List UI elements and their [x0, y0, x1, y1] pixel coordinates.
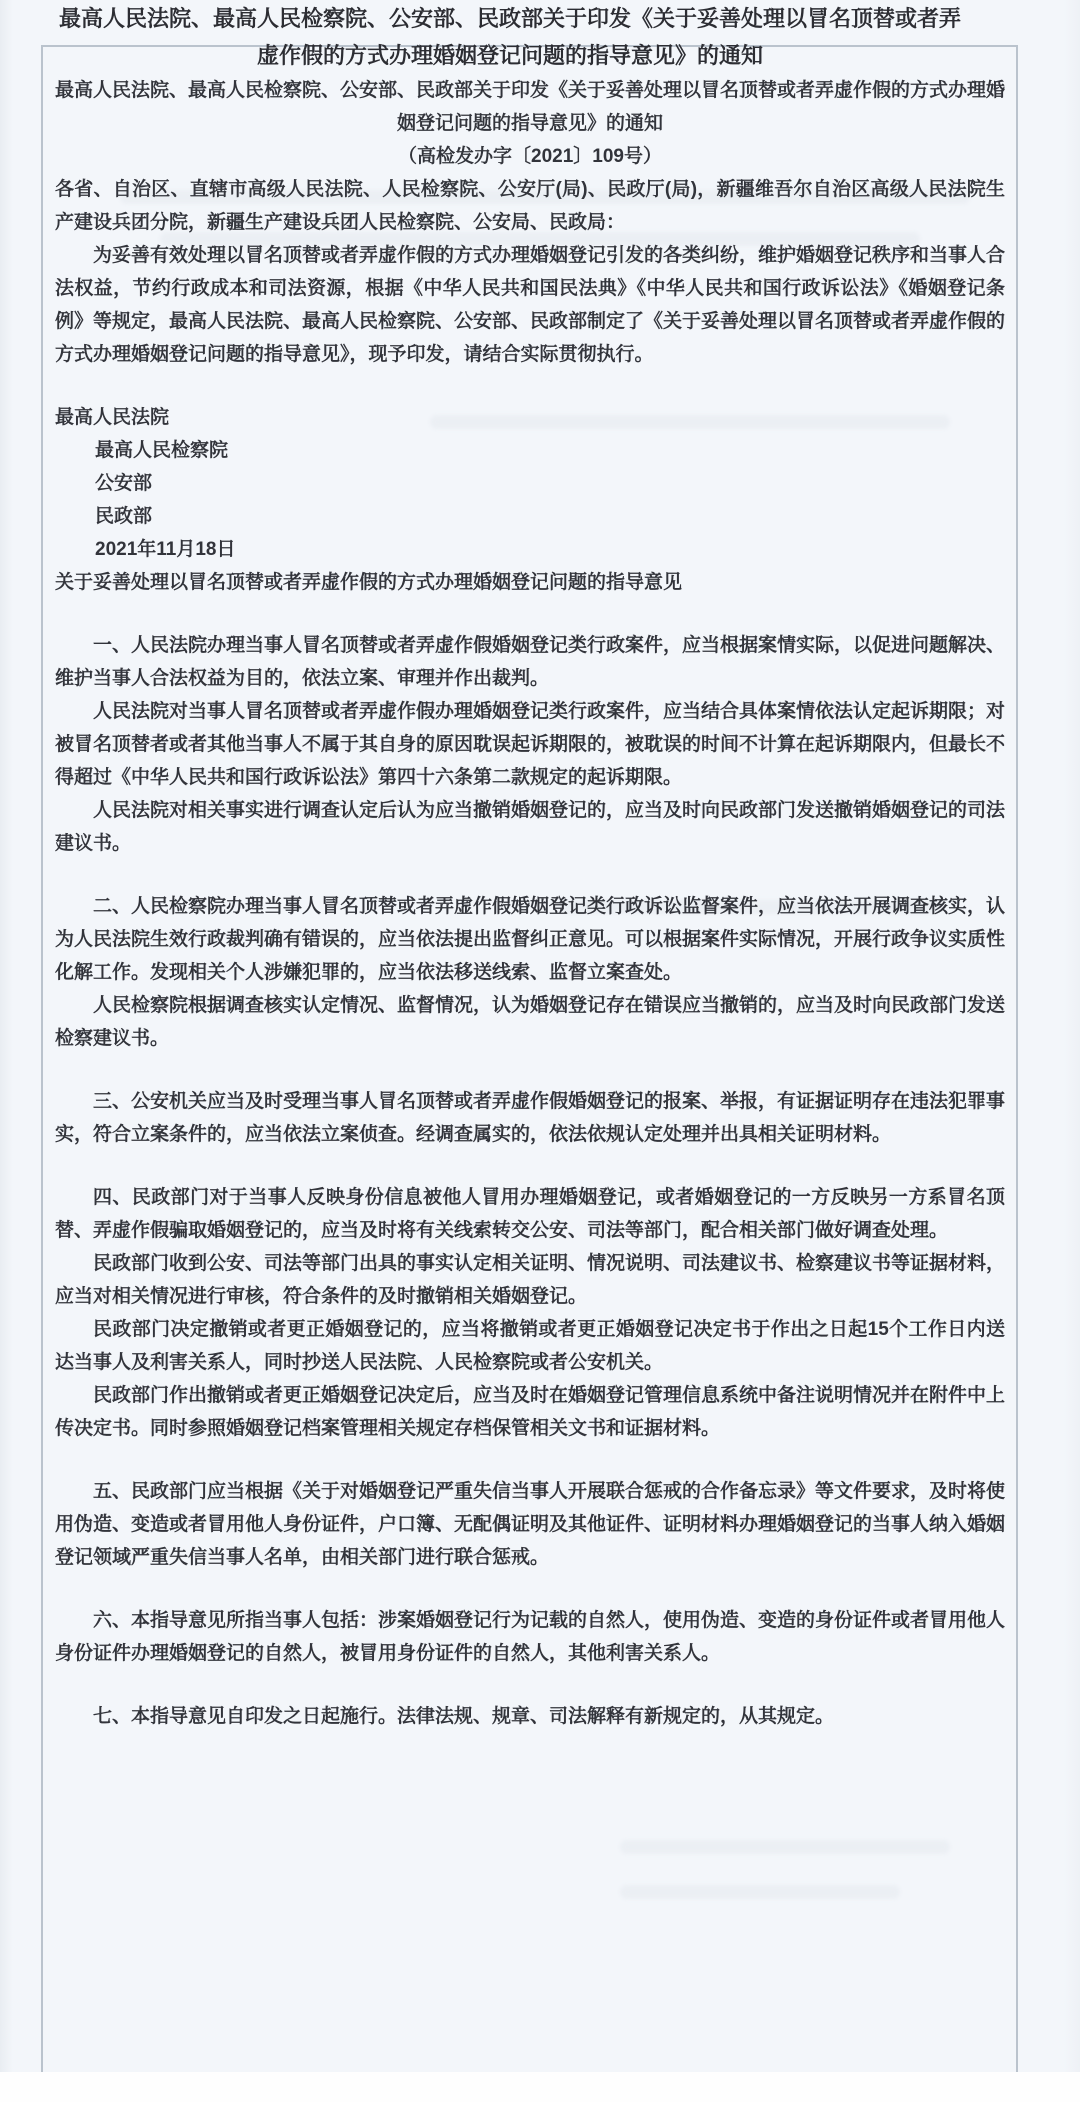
paragraph: 六、本指导意见所指当事人包括：涉案婚姻登记行为记载的自然人，使用伪造、变造的身份…	[55, 1604, 1005, 1670]
paragraph: 民政部门收到公安、司法等部门出具的事实认定相关证明、情况说明、司法建议书、检察建…	[55, 1247, 1005, 1313]
paragraph: 人民法院对相关事实进行调查认定后认为应当撤销婚姻登记的，应当及时向民政部门发送撤…	[55, 794, 1005, 860]
section-1-courts: 一、人民法院办理当事人冒名顶替或者弄虚作假婚姻登记类行政案件，应当根据案情实际，…	[55, 629, 1005, 860]
document-title: 最高人民法院、最高人民检察院、公安部、民政部关于印发《关于妥善处理以冒名顶替或者…	[55, 0, 965, 74]
paragraph: 人民法院对当事人冒名顶替或者弄虚作假办理婚姻登记类行政案件，应当结合具体案情依法…	[55, 695, 1005, 794]
opinion-title: 关于妥善处理以冒名顶替或者弄虚作假的方式办理婚姻登记问题的指导意见	[55, 566, 1005, 599]
paragraph: 二、人民检察院办理当事人冒名顶替或者弄虚作假婚姻登记类行政诉讼监督案件，应当依法…	[55, 890, 1005, 989]
ink-bleed-artifact	[620, 1840, 950, 1854]
signatory-supreme-court: 最高人民法院	[55, 401, 1005, 434]
signature-block: 最高人民法院 最高人民检察院 公安部 民政部 2021年11月18日	[55, 401, 1005, 566]
document-date: 2021年11月18日	[55, 533, 1005, 566]
paragraph: 民政部门作出撤销或者更正婚姻登记决定后，应当及时在婚姻登记管理信息系统中备注说明…	[55, 1379, 1005, 1445]
notice-heading-restatement: 最高人民法院、最高人民检察院、公安部、民政部关于印发《关于妥善处理以冒名顶替或者…	[55, 74, 1005, 140]
paragraph: 四、民政部门对于当事人反映身份信息被他人冒用办理婚姻登记，或者婚姻登记的一方反映…	[55, 1181, 1005, 1247]
section-3-public-security: 三、公安机关应当及时受理当事人冒名顶替或者弄虚作假婚姻登记的报案、举报，有证据证…	[55, 1085, 1005, 1151]
section-4-civil-affairs: 四、民政部门对于当事人反映身份信息被他人冒用办理婚姻登记，或者婚姻登记的一方反映…	[55, 1181, 1005, 1445]
paragraph: 民政部门决定撤销或者更正婚姻登记的，应当将撤销或者更正婚姻登记决定书于作出之日起…	[55, 1313, 1005, 1379]
section-5-joint-discipline: 五、民政部门应当根据《关于对婚姻登记严重失信当事人开展联合惩戒的合作备忘录》等文…	[55, 1475, 1005, 1574]
signatory-public-security: 公安部	[55, 467, 1005, 500]
section-2-procuratorates: 二、人民检察院办理当事人冒名顶替或者弄虚作假婚姻登记类行政诉讼监督案件，应当依法…	[55, 890, 1005, 1055]
paragraph: 三、公安机关应当及时受理当事人冒名顶替或者弄虚作假婚姻登记的报案、举报，有证据证…	[55, 1085, 1005, 1151]
paragraph: 一、人民法院办理当事人冒名顶替或者弄虚作假婚姻登记类行政案件，应当根据案情实际，…	[55, 629, 1005, 695]
document-body: 最高人民法院、最高人民检察院、公安部、民政部关于印发《关于妥善处理以冒名顶替或者…	[55, 0, 1005, 1733]
paragraph: 五、民政部门应当根据《关于对婚姻登记严重失信当事人开展联合惩戒的合作备忘录》等文…	[55, 1475, 1005, 1574]
section-6-parties-definition: 六、本指导意见所指当事人包括：涉案婚姻登记行为记载的自然人，使用伪造、变造的身份…	[55, 1604, 1005, 1670]
signatory-procuratorate: 最高人民检察院	[55, 434, 1005, 467]
signatory-civil-affairs: 民政部	[55, 500, 1005, 533]
paragraph: 七、本指导意见自印发之日起施行。法律法规、规章、司法解释有新规定的，从其规定。	[55, 1700, 1005, 1733]
paragraph: 人民检察院根据调查核实认定情况、监督情况，认为婚姻登记存在错误应当撤销的，应当及…	[55, 989, 1005, 1055]
document-number: （高检发办字〔2021〕109号）	[55, 140, 1005, 173]
preamble-paragraph: 为妥善有效处理以冒名顶替或者弄虚作假的方式办理婚姻登记引发的各类纠纷，维护婚姻登…	[55, 239, 1005, 371]
addressees-line: 各省、自治区、直辖市高级人民法院、人民检察院、公安厅(局)、民政厅(局)，新疆维…	[55, 173, 1005, 239]
ink-bleed-artifact	[620, 1885, 900, 1899]
section-7-effective-date: 七、本指导意见自印发之日起施行。法律法规、规章、司法解释有新规定的，从其规定。	[55, 1700, 1005, 1733]
